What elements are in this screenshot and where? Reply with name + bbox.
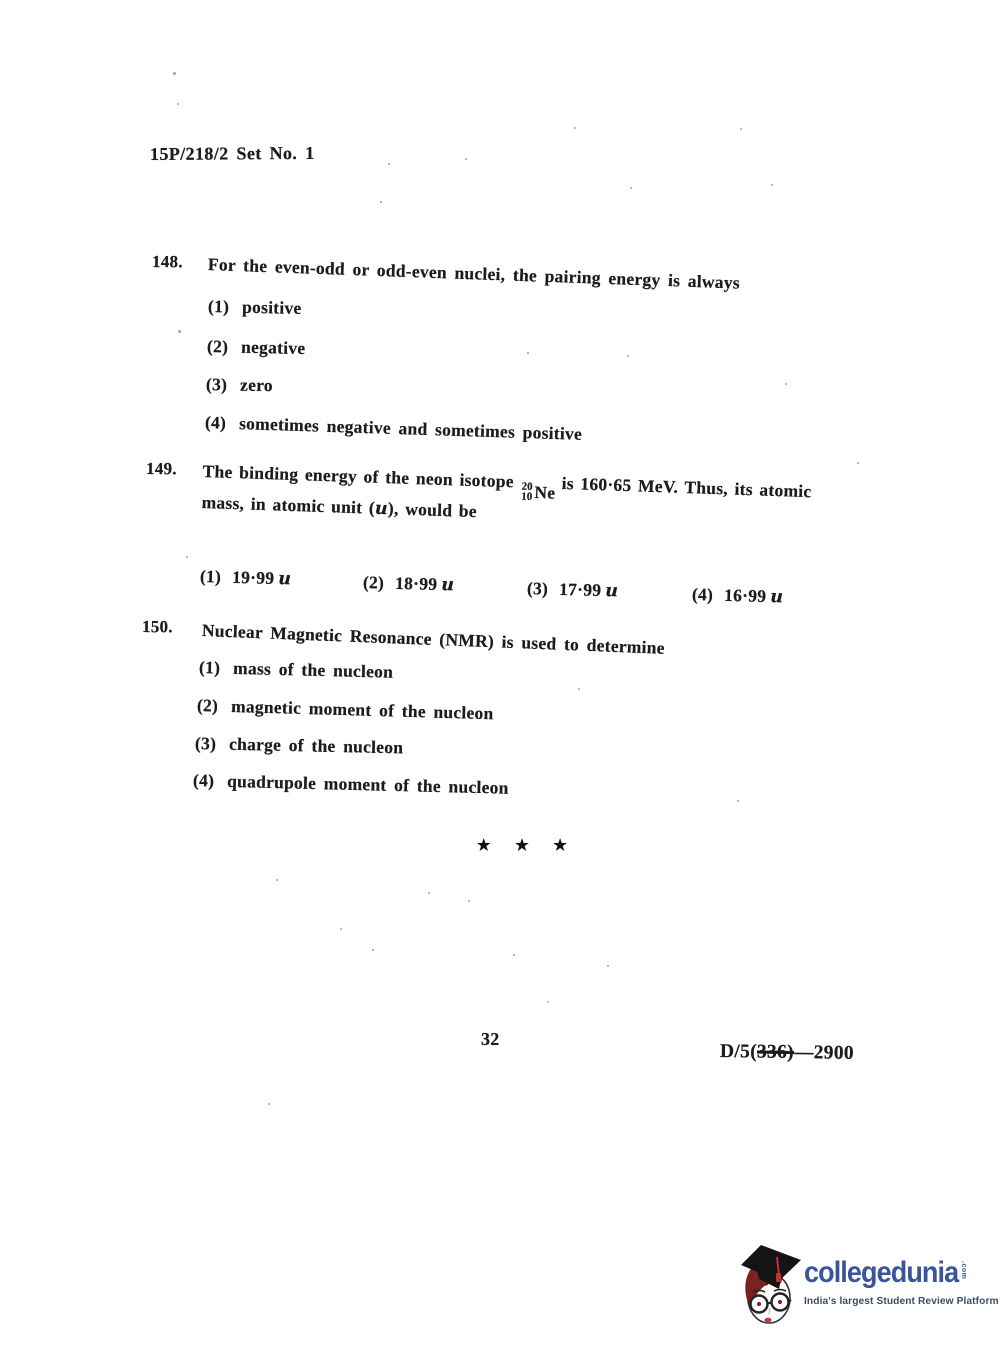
question-149-option-2: (2)18·99u bbox=[363, 572, 455, 595]
collegedunia-mascot-icon bbox=[738, 1244, 802, 1330]
scan-speck bbox=[276, 879, 278, 881]
scan-speck bbox=[771, 184, 773, 186]
scan-speck bbox=[607, 965, 609, 967]
question-text-segment: ), would be bbox=[388, 498, 478, 521]
scan-speck bbox=[340, 928, 342, 930]
option-label: (4) bbox=[205, 412, 227, 433]
end-of-section-stars: ★ ★ ★ bbox=[477, 836, 576, 855]
footer-print-code: D/5(336)—2900 bbox=[720, 1041, 854, 1065]
scan-speck bbox=[857, 462, 859, 464]
question-150-option-2: (2)magnetic moment of the nucleon bbox=[197, 695, 494, 724]
page-number: 32 bbox=[481, 1029, 500, 1050]
collegedunia-wordmark: collegedunia bbox=[804, 1256, 958, 1290]
option-label: (1) bbox=[200, 566, 222, 587]
footer-code-prefix: D/5( bbox=[720, 1041, 757, 1063]
neon-isotope-notation: 2010Ne bbox=[521, 481, 556, 503]
collegedunia-tagline: India's largest Student Review Platform bbox=[804, 1295, 999, 1307]
question-148-option-2: (2)negative bbox=[207, 336, 306, 359]
option-text: sometimes negative and sometimes positiv… bbox=[239, 413, 583, 444]
scan-speck bbox=[428, 892, 430, 894]
scan-speck bbox=[574, 127, 576, 129]
footer-code-struck: 336) bbox=[757, 1042, 794, 1064]
collegedunia-tld: .com bbox=[960, 1261, 967, 1279]
scan-speck bbox=[380, 201, 382, 203]
scan-speck bbox=[513, 954, 515, 956]
option-label: (1) bbox=[208, 296, 230, 316]
scan-speck bbox=[173, 72, 176, 75]
scan-speck bbox=[388, 163, 390, 165]
scan-speck bbox=[268, 1103, 270, 1105]
question-148-text: For the even-odd or odd-even nuclei, the… bbox=[208, 254, 741, 294]
question-150-option-3: (3)charge of the nucleon bbox=[195, 733, 404, 758]
option-text: magnetic moment of the nucleon bbox=[231, 696, 494, 723]
scan-speck bbox=[547, 1001, 549, 1003]
scan-speck bbox=[527, 352, 529, 354]
option-text: negative bbox=[241, 337, 306, 358]
option-label: (3) bbox=[206, 374, 228, 394]
scan-speck bbox=[178, 330, 181, 333]
question-150-option-4: (4)quadrupole moment of the nucleon bbox=[193, 770, 509, 799]
question-150-number: 150. bbox=[142, 617, 173, 637]
scan-speck bbox=[785, 383, 787, 385]
question-150-text: Nuclear Magnetic Resonance (NMR) is used… bbox=[202, 620, 666, 659]
scan-speck bbox=[468, 900, 470, 902]
question-149-text: The binding energy of the neon isotope20… bbox=[201, 461, 812, 543]
footer-code-suffix: —2900 bbox=[794, 1042, 854, 1064]
scan-speck bbox=[737, 800, 739, 802]
atomic-unit-symbol: u bbox=[375, 499, 389, 519]
question-148-option-3: (3)zero bbox=[206, 374, 273, 396]
exam-paper-code: 15P/218/2 Set No. 1 bbox=[150, 143, 315, 165]
question-text-segment: The binding energy of the neon isotope bbox=[202, 461, 514, 491]
option-label: (3) bbox=[527, 578, 549, 599]
scan-speck bbox=[630, 187, 632, 189]
scanned-exam-page: 15P/218/2 Set No. 1 148. For the even-od… bbox=[0, 0, 1001, 1356]
option-label: (2) bbox=[207, 336, 229, 356]
question-148-number: 148. bbox=[152, 252, 183, 272]
question-149-option-3: (3)17·99u bbox=[527, 578, 619, 601]
option-label: (1) bbox=[199, 657, 221, 678]
option-text: charge of the nucleon bbox=[229, 734, 404, 758]
scan-speck bbox=[177, 103, 179, 105]
option-label: (4) bbox=[692, 584, 714, 605]
option-value: 17·99 bbox=[559, 579, 602, 600]
question-148-option-4: (4)sometimes negative and sometimes posi… bbox=[205, 412, 583, 445]
option-value: 16·99 bbox=[724, 585, 767, 606]
question-148-option-1: (1)positive bbox=[208, 296, 302, 319]
option-label: (2) bbox=[363, 572, 385, 593]
option-value: 19·99 bbox=[232, 567, 275, 588]
option-text: positive bbox=[242, 297, 302, 318]
option-label: (2) bbox=[197, 695, 219, 716]
scan-speck bbox=[627, 355, 629, 357]
unit-symbol: u bbox=[605, 581, 619, 601]
unit-symbol: u bbox=[770, 587, 784, 607]
question-150-option-1: (1)mass of the nucleon bbox=[199, 657, 394, 683]
option-text: zero bbox=[240, 375, 273, 396]
scan-speck bbox=[578, 688, 580, 690]
unit-symbol: u bbox=[441, 575, 455, 595]
option-value: 18·99 bbox=[395, 573, 438, 594]
scan-speck bbox=[740, 128, 742, 130]
scan-speck bbox=[465, 158, 467, 160]
scan-speck bbox=[372, 949, 374, 951]
option-label: (4) bbox=[193, 770, 215, 791]
option-text: quadrupole moment of the nucleon bbox=[227, 771, 509, 798]
option-label: (3) bbox=[195, 733, 217, 753]
scan-speck bbox=[186, 556, 188, 558]
isotope-atomic-number: 10 bbox=[521, 492, 532, 502]
question-149-option-4: (4)16·99u bbox=[692, 584, 784, 607]
question-149-number: 149. bbox=[146, 459, 177, 479]
question-149-option-1: (1)19·99u bbox=[200, 566, 292, 589]
unit-symbol: u bbox=[278, 569, 292, 589]
option-text: mass of the nucleon bbox=[233, 658, 394, 682]
collegedunia-logo: collegedunia .com India's largest Studen… bbox=[738, 1244, 994, 1332]
question-text-segment: is 160·65 MeV. Thus, its atomic bbox=[561, 473, 811, 501]
isotope-symbol: Ne bbox=[534, 482, 556, 504]
